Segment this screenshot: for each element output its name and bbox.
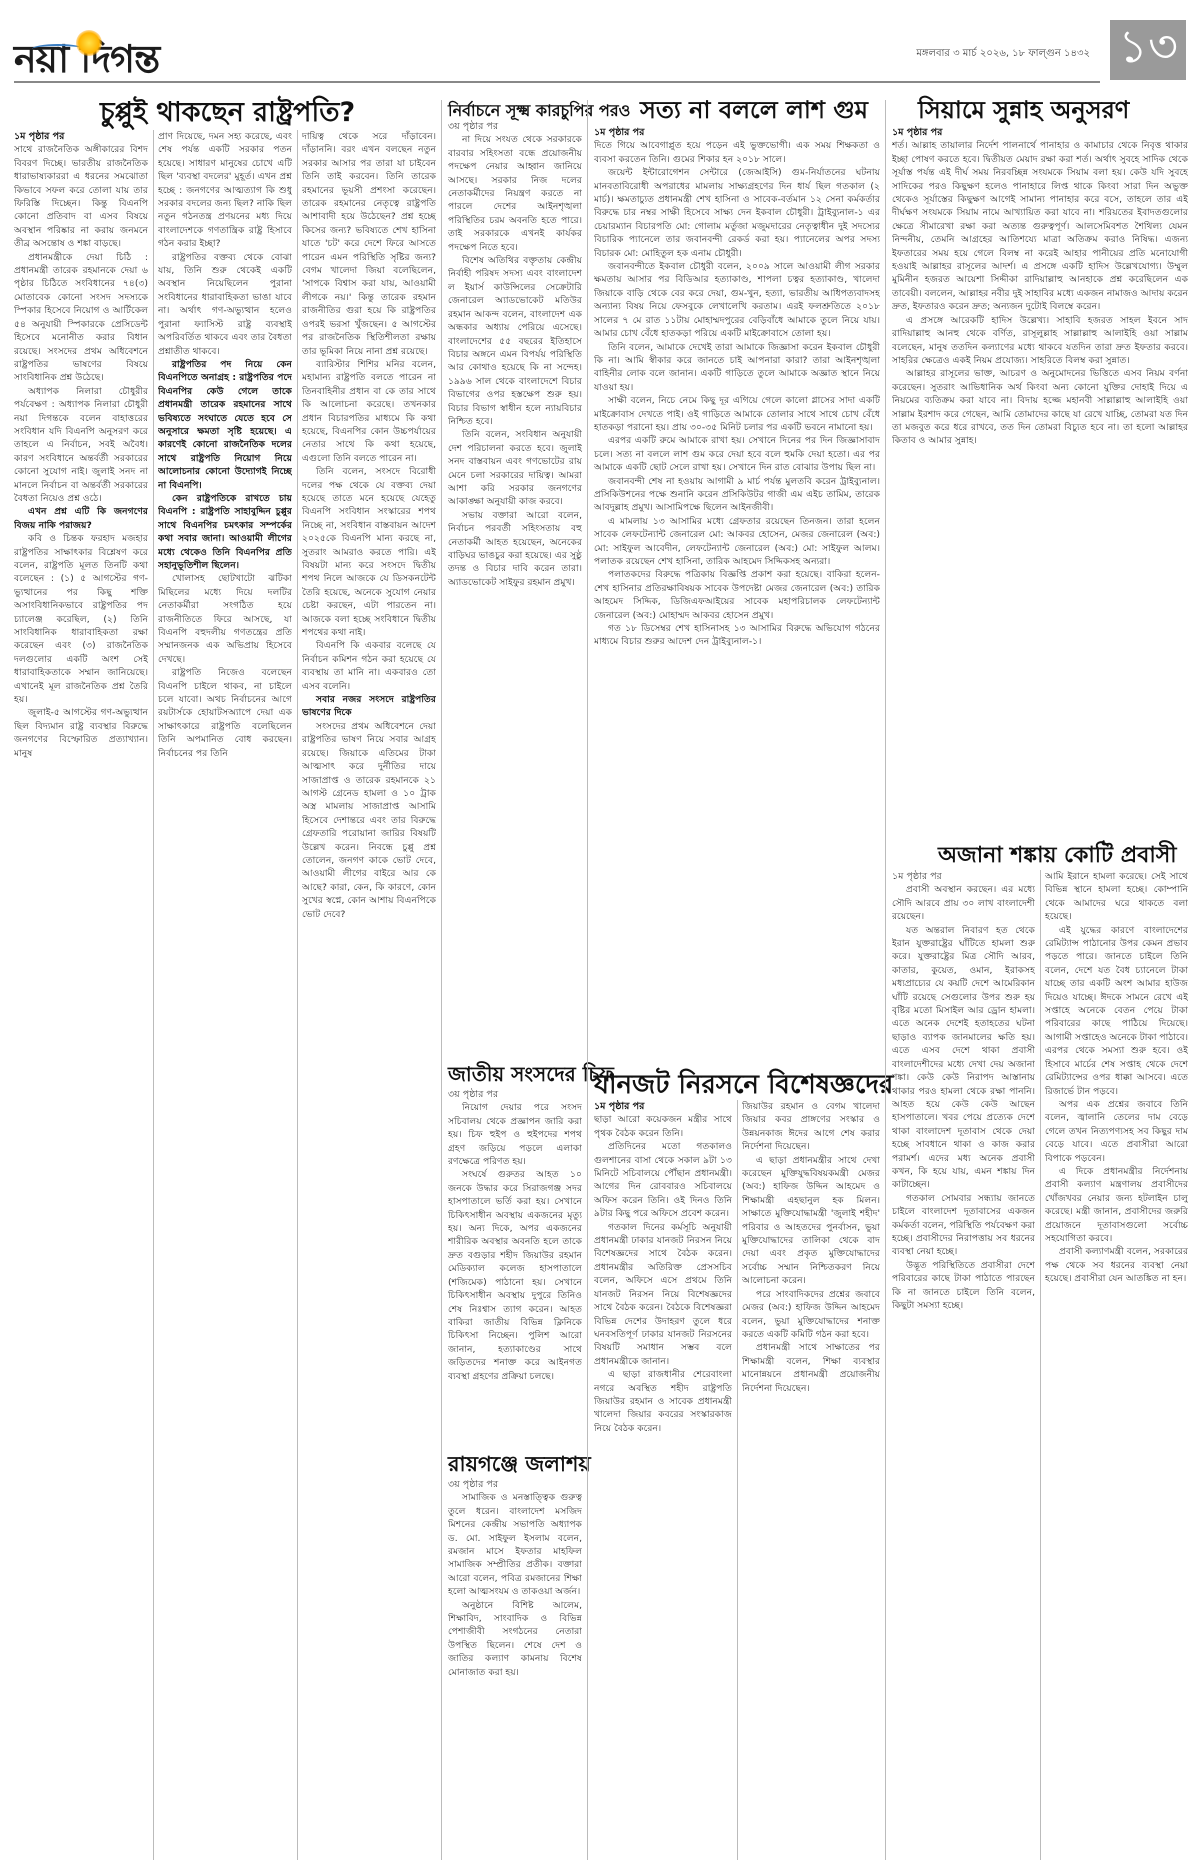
- paragraph: সংঘর্ষে গুরুতর আহত ১০ জনকে উদ্ধার করে সি…: [448, 1168, 582, 1383]
- jump-label: ৩য় পৃষ্ঠার পর: [448, 1478, 582, 1491]
- paragraph: আমি ইরানে হামলা করেছে। সেই সাথে বিভিন্ন …: [1045, 870, 1188, 924]
- paragraph: জুলাই-৫ আগস্টের গণ-অভ্যুত্থান ছিল বিদ্যম…: [14, 706, 148, 760]
- paragraph: জবানবন্দীতে ইকবাল চৌধুরী বলেন, ২০০৯ সালে…: [594, 260, 880, 340]
- masthead: নয়া দিগন্ত মঙ্গলবার ৩ মার্চ ২০২৬, ১৮ ফা…: [0, 0, 1200, 82]
- siyam-body: ১ম পৃষ্ঠার পর শর্ত। আল্লাহ তায়ালার নির্…: [892, 126, 1188, 826]
- president-column-3: দায়িত্ব থেকে সরে দাঁড়াবেন। দাঁড়াননি। …: [302, 130, 436, 1860]
- paragraph: উদ্ভূত পরিস্থিতিতে প্রবাসীরা দেশে পরিবার…: [892, 1259, 1035, 1313]
- dateline: মঙ্গলবার ৩ মার্চ ২০২৬, ১৮ ফাল্গুন ১৪৩২: [916, 46, 1090, 63]
- paragraph: প্রবাসী কল্যাণমন্ত্রী বলেন, সরকারের পক্ষ…: [1045, 1245, 1188, 1285]
- paragraph: তিনি বলেন, সংসদে বিরোধী দলের পক্ষ থেকে য…: [302, 465, 436, 639]
- column-divider: [441, 100, 442, 1860]
- expat-column-1: ১ম পৃষ্ঠার পর প্রবাসী অবস্থান করছেন। এর …: [892, 870, 1035, 1860]
- paragraph: গতকাল সোমবার সন্ধ্যায় জানতে চাইলে বাংলা…: [892, 1192, 1035, 1259]
- paragraph: সভায় বক্তারা আরো বলেন, নির্বাচন পরবর্তী…: [448, 509, 582, 589]
- jump-label: ১ম পৃষ্ঠার পর: [892, 870, 1035, 883]
- jump-label: ১ম পৃষ্ঠার পর: [594, 126, 880, 139]
- paragraph: প্রাণ দিয়েছে, দমন সহ্য করেছে, এবং শেষ প…: [158, 130, 292, 251]
- column-divider: [885, 100, 886, 1860]
- paragraph: পলাতকদের বিরুদ্ধে পত্রিকায় বিজ্ঞপ্তি প্…: [594, 568, 880, 622]
- paragraph: গত ১৮ ডিসেম্বর শেখ হাসিনাসহ ১৩ আসামির বি…: [594, 622, 880, 649]
- paragraph: সংসদের প্রথম অধিবেশনে দেয়া রাষ্ট্রপতির …: [302, 720, 436, 921]
- paragraph: প্রধানমন্ত্রী সাথে সাক্ষাতের পর শিক্ষামন…: [742, 1341, 880, 1395]
- column-divider: [297, 130, 298, 1860]
- paragraph: প্রতিদিনের মতো গতকালও গুলশানের বাসা থেকে…: [594, 1140, 732, 1220]
- paragraph: রাষ্ট্রপতির বক্তব্য থেকে বোঝা যায়, তিনি…: [158, 251, 292, 358]
- paragraph: রাষ্ট্রপতি নিজেও বলেছেন বিএনপি চাইলে থাক…: [158, 666, 292, 760]
- paragraph: না দিয়ে সংযত থেকে সরকারকে বারবার সহিংসত…: [448, 133, 582, 254]
- paragraph: প্রবাসী অবস্থান করছেন। এর মধ্যে সৌদি আরব…: [892, 883, 1035, 923]
- paragraph: প্রধানমন্ত্রীকে দেয়া চিঠি : প্রধানমন্ত্…: [14, 251, 148, 385]
- paragraph: গতকাল দিনের কর্মসূচি অনুযায়ী প্রধানমন্ত…: [594, 1221, 732, 1368]
- subheading-paragraph: কেন রাষ্ট্রপতিকে রাখতে চায় বিএনপি : রাষ…: [158, 492, 292, 572]
- president-column-1: ১ম পৃষ্ঠার পর সাথে রাজনৈতিক অঙ্গীকারের ব…: [14, 130, 148, 1860]
- paragraph: জবানবন্দী শেষ না হওয়ায় আগামী ৯ মার্চ প…: [594, 475, 880, 515]
- subheading-paragraph: রাষ্ট্রপতির পদ নিয়ে কেন বিএনপিতে অনাগ্র…: [158, 358, 292, 492]
- paragraph: বিশেষ অতিথির বক্তৃতায় কেন্দ্রীয় নির্বা…: [448, 254, 582, 428]
- election-column: ৩য় পৃষ্ঠার পর না দিয়ে সংযত থেকে সরকারক…: [448, 120, 582, 1060]
- logo-sun-icon: [76, 30, 102, 56]
- page-number-badge: ১৩: [1110, 20, 1186, 80]
- paragraph: এ দিকে প্রধানমন্ত্রীর নির্দেশনায় প্রবাস…: [1045, 1165, 1188, 1245]
- column-divider: [1040, 870, 1041, 1860]
- raiganj-column: ৩য় পৃষ্ঠার পর সামাজিক ও মনস্তাত্ত্বিক গ…: [448, 1478, 582, 1863]
- parliament-column: ৩য় পৃষ্ঠার পর নিয়োগ দেয়ার পরে সংসদ সচ…: [448, 1088, 582, 1438]
- paragraph: এ মামলায় ১৩ আসামির মধ্যে গ্রেফতার রয়েছ…: [594, 515, 880, 569]
- paragraph: এ ছাড়া প্রধানমন্ত্রীর সাথে দেখা করেছেন …: [742, 1154, 880, 1288]
- paragraph: অধ্যাপক নিলারা চৌধুরীর পর্যবেক্ষণ : অধ্য…: [14, 385, 148, 506]
- paragraph: সামাজিক ও মনস্তাত্ত্বিক গুরুত্ব তুলে ধরে…: [448, 1491, 582, 1598]
- paragraph: পরে সাংবাদিকদের প্রশ্নের জবাবে মেজর (অব:…: [742, 1288, 880, 1342]
- paragraph: তিনি বলেন, সংবিধান অনুযায়ী দেশ পরিচালনা…: [448, 428, 582, 508]
- paragraph: জয়েন্ট ইন্টারোগেশন সেন্টারে (জেআইসি) গু…: [594, 166, 880, 260]
- jump-label: ৩য় পৃষ্ঠার পর: [448, 120, 582, 133]
- paragraph: খোলাসহ ছোটখাটো ঝটিকা মিছিলের মধ্যে দিয়ে…: [158, 572, 292, 666]
- paragraph: নিয়োগ দেয়ার পরে সংসদ সচিবালয় থেকে প্র…: [448, 1101, 582, 1168]
- paragraph: এ ছাড়া রাজধানীর শেরেবাংলা নগরে অবস্থিত …: [594, 1368, 732, 1435]
- paragraph: সাক্ষী বলেন, নিচে নেমে কিছু দূর এগিয়ে গ…: [594, 394, 880, 434]
- paragraph: ব্যারিস্টার শিশির মনির বলেন, মহামান্য রা…: [302, 358, 436, 465]
- paragraph: সাথে রাজনৈতিক অঙ্গীকারের বিশদ বিবরণ দিচ্…: [14, 143, 148, 250]
- disappearance-body: ১ম পৃষ্ঠার পর দিতে গিয়ে আবেগাপ্লুত হয়ে…: [594, 126, 880, 1056]
- president-column-2: প্রাণ দিয়েছে, দমন সহ্য করেছে, এবং শেষ প…: [158, 130, 292, 1860]
- paragraph: ছাড়া আরো কয়েকজন মন্ত্রীর সাথে পৃথক বৈঠ…: [594, 1113, 732, 1140]
- paragraph: এই যুদ্ধের কারণে বাংলাদেশের রেমিট্যান্স …: [1045, 924, 1188, 1098]
- subheading: সবার নজর সংসদে রাষ্ট্রপতির ভাষণের দিকে: [302, 693, 436, 720]
- paragraph: অপর এক প্রশ্নের জবাবে তিনি বলেন, জ্বালান…: [1045, 1098, 1188, 1165]
- traffic-column-1: ১ম পৃষ্ঠার পর ছাড়া আরো কয়েকজন মন্ত্রীর…: [594, 1100, 732, 1860]
- paragraph: এরপর একটি রুমে আমাকে রাখা হয়। সেখানে দি…: [594, 434, 880, 474]
- paragraph: শর্ত। আল্লাহ তায়ালার নির্দেশ পালনার্থে …: [892, 139, 1188, 313]
- expat-column-2: আমি ইরানে হামলা করেছে। সেই সাথে বিভিন্ন …: [1045, 870, 1188, 1860]
- masthead-divider: [14, 81, 1100, 83]
- column-divider: [587, 100, 588, 1860]
- column-divider: [153, 130, 154, 1860]
- jump-label: ১ম পৃষ্ঠার পর: [594, 1100, 732, 1113]
- paragraph: জিয়াউর রহমান ও বেগম খালেদা জিয়ার কবর প…: [742, 1100, 880, 1154]
- paragraph: যত অন্তরাল নিবারণ হত থেকে ইরান যুক্তরাষ্…: [892, 924, 1035, 1192]
- paragraph: কবি ও চিন্তক ফরহাদ মজহার রাষ্ট্রপতির সাক…: [14, 532, 148, 706]
- column-divider: [737, 1100, 738, 1860]
- paragraph: দায়িত্ব থেকে সরে দাঁড়াবেন। দাঁড়াননি। …: [302, 130, 436, 358]
- traffic-column-2: জিয়াউর রহমান ও বেগম খালেদা জিয়ার কবর প…: [742, 1100, 880, 1860]
- jump-label: ৩য় পৃষ্ঠার পর: [448, 1088, 582, 1101]
- jump-label: ১ম পৃষ্ঠার পর: [14, 130, 148, 143]
- paragraph: এ প্রসঙ্গে আরেকটি হাদিস উল্লেখ্য। সাহাবি…: [892, 314, 1188, 368]
- newspaper-logo[interactable]: নয়া দিগন্ত: [14, 28, 159, 78]
- paragraph: বিএনপি কি একবার বলেছে যে নির্বাচন কমিশন …: [302, 639, 436, 693]
- paragraph: তিনি বলেন, আমাকে দেখেই তারা আমাকে জিজ্ঞা…: [594, 341, 880, 395]
- subheading: এখন প্রশ্ন এটি কি জনগণের বিজয় নাকি পরাজ…: [14, 505, 148, 532]
- jump-label: ১ম পৃষ্ঠার পর: [892, 126, 1188, 139]
- paragraph: অনুষ্ঠানে বিশিষ্ট আলেম, শিক্ষাবিদ, সাংবা…: [448, 1599, 582, 1679]
- paragraph: আল্লাহর রাসূলের ভাক্ত, আচরণ ও অনুমোদনের …: [892, 367, 1188, 447]
- paragraph: দিতে গিয়ে আবেগাপ্লুত হয়ে পড়েন এই ভুক্…: [594, 139, 880, 166]
